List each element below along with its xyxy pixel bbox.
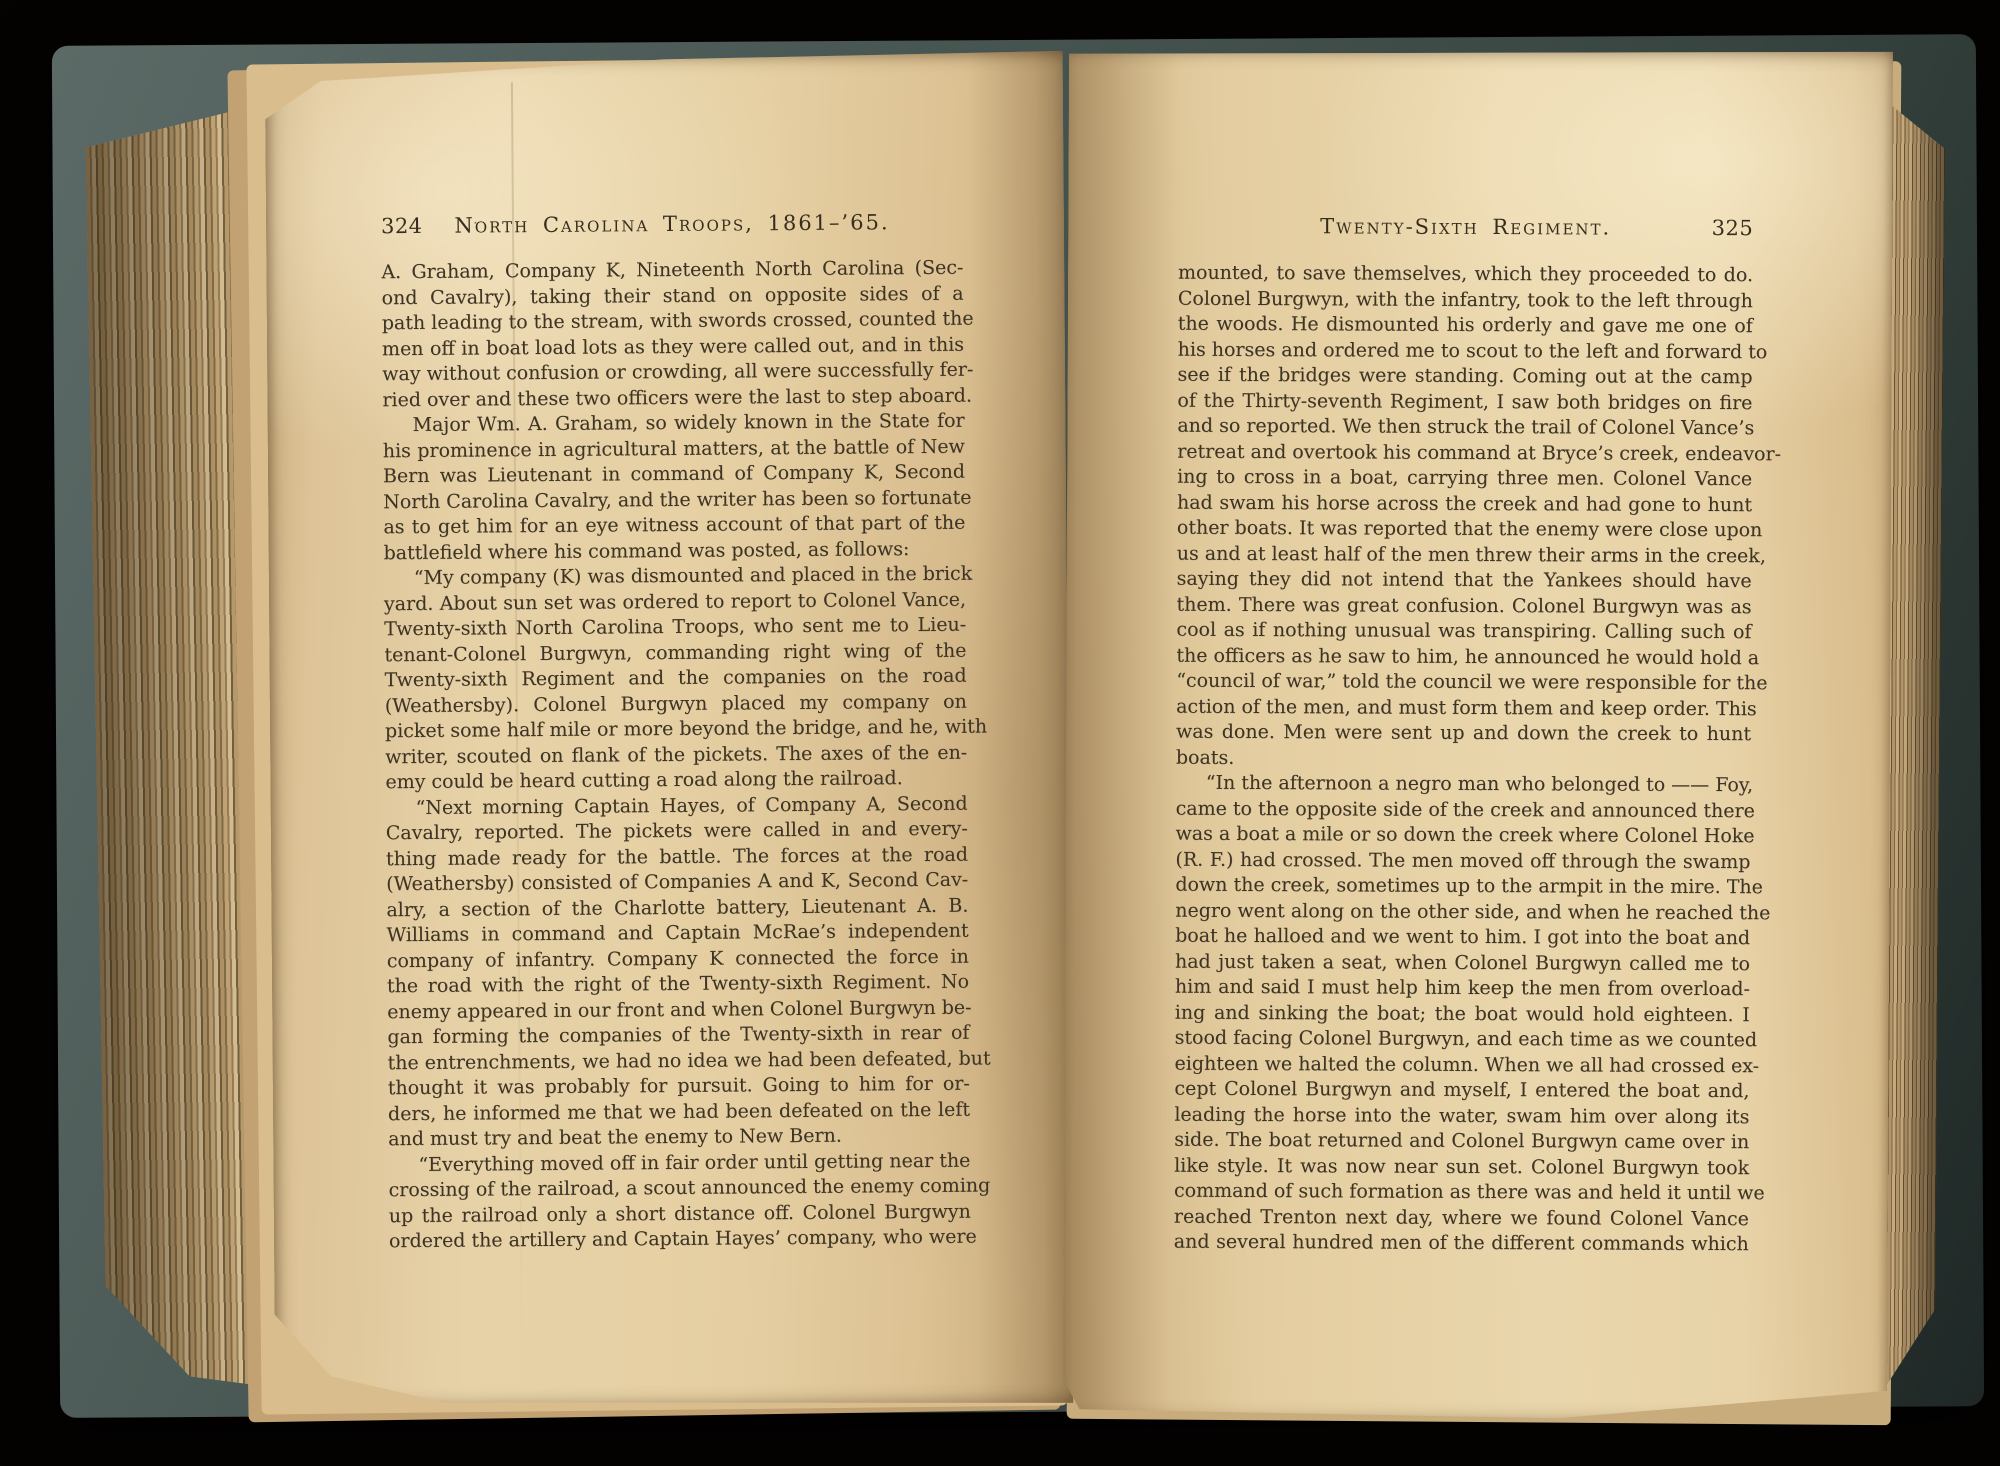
text-line: the woods. He dismounted his orderly and…	[1178, 312, 1753, 340]
text-line: down the creek, sometimes up to the armp…	[1175, 873, 1750, 901]
text-line: (Weathersby) consisted of Companies A an…	[386, 868, 968, 898]
text-line: was a boat a mile or so down the creek w…	[1176, 822, 1751, 850]
text-line: “My company (K) was dismounted and place…	[384, 562, 966, 592]
text-line: (R. F.) had crossed. The men moved off t…	[1175, 847, 1750, 875]
text-line: Bern was Lieutenant in command of Compan…	[383, 460, 965, 490]
text-line: ing to cross in a boat, carrying three m…	[1177, 465, 1752, 493]
text-line: see if the bridges were standing. Coming…	[1178, 363, 1753, 391]
text-line: his horses and ordered me to scout to th…	[1178, 337, 1753, 365]
text-line: as to get him for an eye witness account…	[383, 511, 965, 541]
right-running-title: Twenty-Sixth Regiment.	[1178, 214, 1753, 241]
text-line: stood facing Colonel Burgwyn, and each t…	[1175, 1026, 1750, 1054]
text-line: picket some half mile or more beyond the…	[385, 715, 967, 745]
left-page-number: 324	[381, 214, 423, 238]
right-page-number: 325	[1712, 216, 1754, 240]
text-line: had swam his horse across the creek and …	[1177, 490, 1752, 518]
text-line: cool as if nothing unusual was transpiri…	[1176, 618, 1751, 646]
text-line: boats.	[1176, 745, 1751, 773]
text-line: thought it was probably for pursuit. Goi…	[388, 1072, 970, 1102]
text-line: leading the horse into the water, swam h…	[1174, 1102, 1749, 1130]
text-line: gan forming the companies of the Twenty-…	[387, 1021, 969, 1051]
text-line: the road with the right of the Twenty-si…	[387, 970, 969, 1000]
text-line: like style. It was now near sun set. Col…	[1174, 1153, 1749, 1181]
left-running-title: North Carolina Troops, 1861–’65.	[381, 210, 963, 239]
text-line: ders, he informed me that we had been de…	[388, 1097, 970, 1127]
text-line: cept Colonel Burgwyn and myself, I enter…	[1174, 1077, 1749, 1105]
text-line: crossing of the railroad, a scout announ…	[389, 1174, 971, 1204]
text-line: other boats. It was reported that the en…	[1177, 516, 1752, 544]
text-line: way without confusion or crowding, all w…	[382, 358, 964, 388]
text-line: Cavalry, reported. The pickets were call…	[386, 817, 968, 847]
left-page: 324 . North Carolina Troops, 1861–’65. A…	[265, 51, 1074, 1409]
text-line: mounted, to save themselves, which they …	[1178, 261, 1753, 289]
text-line: ing and sinking the boat; the boat would…	[1175, 1000, 1750, 1028]
text-line: retreat and overtook his command at Bryc…	[1177, 439, 1752, 467]
text-line: ordered the artillery and Captain Hayes’…	[389, 1225, 971, 1255]
text-line: of the Thirty-seventh Regiment, I saw bo…	[1177, 388, 1752, 416]
text-line: came to the opposite side of the creek a…	[1176, 796, 1751, 824]
text-line: reached Trenton next day, where we found…	[1174, 1204, 1749, 1232]
text-line: saying they did not intend that the Yank…	[1177, 567, 1752, 595]
text-line: and several hundred men of the different…	[1174, 1230, 1749, 1258]
text-line: “In the afternoon a negro man who belong…	[1176, 771, 1751, 799]
right-page: Twenty-Sixth Regiment. 325 mounted, to s…	[1063, 48, 1893, 1424]
text-line: eighteen we halted the column. When we a…	[1175, 1051, 1750, 1079]
text-line: side. The boat returned and Colonel Burg…	[1174, 1128, 1749, 1156]
right-page-header: Twenty-Sixth Regiment. 325	[1178, 214, 1753, 247]
text-line: A. Graham, Company K, Nineteenth North C…	[381, 256, 963, 286]
text-line: action of the men, and must form them an…	[1176, 694, 1751, 722]
book-photo: 324 . North Carolina Troops, 1861–’65. A…	[0, 0, 2000, 1466]
text-line: Twenty-sixth Regiment and the companies …	[385, 664, 967, 694]
text-line: Twenty-sixth North Carolina Troops, who …	[384, 613, 966, 643]
left-page-text: A. Graham, Company K, Nineteenth North C…	[381, 256, 971, 1255]
text-line: and so reported. We then struck the trai…	[1177, 414, 1752, 442]
text-line: him and said I must help him keep the me…	[1175, 975, 1750, 1003]
text-line: us and at least half of the men threw th…	[1177, 541, 1752, 569]
text-line: the officers as he saw to him, he announ…	[1176, 643, 1751, 671]
text-line: emy could be heard cutting a road along …	[385, 766, 967, 796]
header-mark: .	[473, 209, 479, 227]
text-line: negro went along on the other side, and …	[1175, 898, 1750, 926]
text-line: Williams in command and Captain McRae’s …	[387, 919, 969, 949]
text-line: path leading to the stream, with swords …	[382, 307, 964, 337]
right-page-text: mounted, to save themselves, which they …	[1174, 261, 1753, 1258]
text-line: them. There was great confusion. Colonel…	[1177, 592, 1752, 620]
text-line: command of such formation as there was a…	[1174, 1179, 1749, 1207]
text-line: “council of war,” told the council we we…	[1176, 669, 1751, 697]
text-line: Major Wm. A. Graham, so widely known in …	[383, 409, 965, 439]
text-line: boat he halloed and we went to him. I go…	[1175, 924, 1750, 952]
left-page-header: 324 . North Carolina Troops, 1861–’65.	[381, 210, 963, 245]
text-line: had just taken a seat, when Colonel Burg…	[1175, 949, 1750, 977]
text-line: Colonel Burgwyn, with the infantry, took…	[1178, 286, 1753, 314]
text-line: was done. Men were sent up and down the …	[1176, 720, 1751, 748]
